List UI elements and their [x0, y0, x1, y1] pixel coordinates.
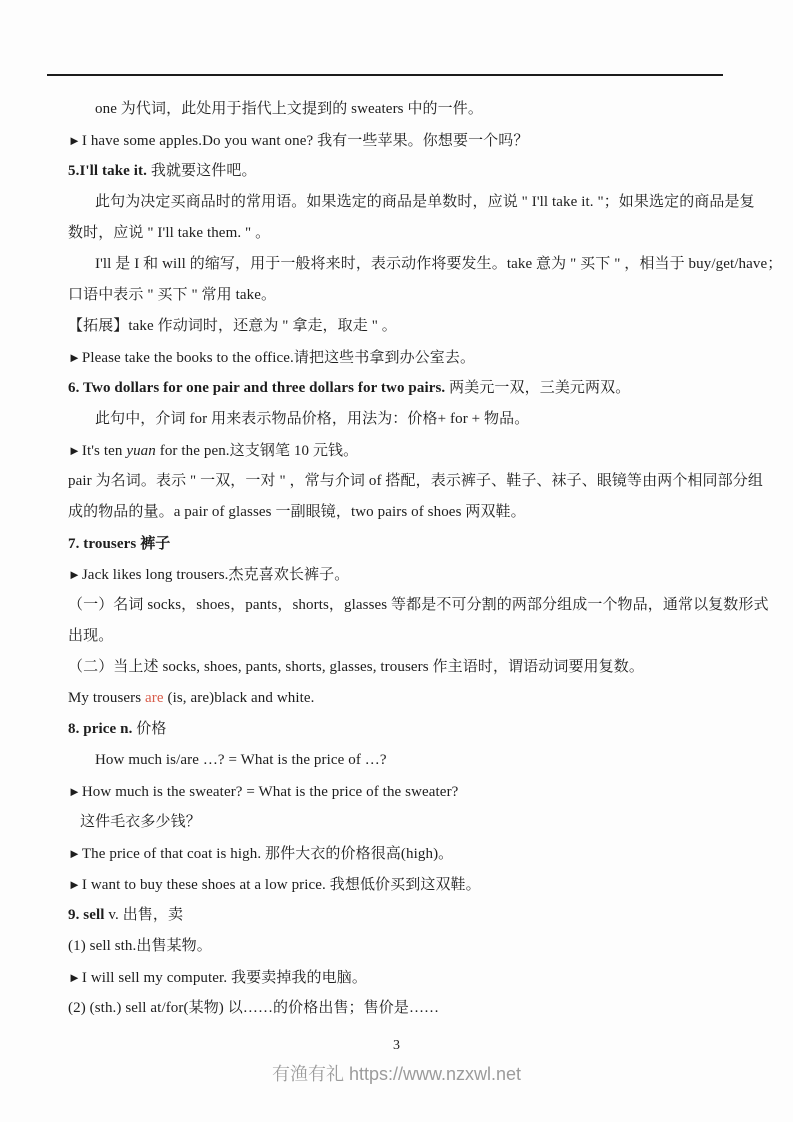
text-line: 出现。	[68, 621, 748, 652]
text-segment: （一）名词 socks，shoes，pants，shorts，glasses 等…	[68, 597, 769, 613]
text-line: one 为代词，此处用于指代上文提到的 sweaters 中的一件。	[68, 94, 748, 125]
arrow-bullet-icon: ►	[68, 567, 82, 582]
text-segment: How much is the sweater? = What is the p…	[82, 784, 459, 800]
heading-line: 7. trousers 裤子	[68, 528, 748, 559]
text-segment: 我就要这件吧。	[147, 163, 257, 179]
text-segment: (is, are)black and white.	[164, 690, 315, 706]
text-line: (2) (sth.) sell at/for(某物) 以……的价格出售；售价是……	[68, 993, 748, 1024]
arrow-bullet-icon: ►	[68, 443, 82, 458]
text-line: pair 为名词。表示 " 一双，一对 " ，常与介词 of 搭配，表示裤子、鞋…	[68, 466, 748, 497]
heading-line: 8. price n. 价格	[68, 714, 748, 745]
text-line: How much is/are …? = What is the price o…	[68, 745, 748, 776]
text-segment: 成的物品的量。a pair of glasses 一副眼镜，two pairs …	[68, 504, 526, 520]
text-line: ►How much is the sweater? = What is the …	[68, 776, 748, 807]
text-line: ►I want to buy these shoes at a low pric…	[68, 869, 748, 900]
text-segment: （二）当上述 socks, shoes, pants, shorts, glas…	[68, 659, 644, 675]
text-segment: 此句中，介词 for 用来表示物品价格，用法为：价格+ for + 物品。	[95, 411, 529, 427]
text-segment: 5.I'll take it.	[68, 163, 147, 179]
text-segment: yuan	[126, 443, 156, 459]
text-segment: 6. Two dollars for one pair and three do…	[68, 380, 445, 396]
text-line: 这件毛衣多少钱？	[68, 807, 748, 838]
text-segment: for the pen.这支钢笔 10 元钱。	[156, 443, 358, 459]
text-segment: are	[145, 690, 164, 706]
text-segment: (1) sell sth.出售某物。	[68, 938, 212, 954]
text-segment: I will sell my computer. 我要卖掉我的电脑。	[82, 970, 367, 986]
text-segment: one 为代词，此处用于指代上文提到的 sweaters 中的一件。	[95, 101, 483, 117]
text-segment: Jack likes long trousers.杰克喜欢长裤子。	[82, 567, 349, 583]
text-segment: 7. trousers	[68, 536, 136, 552]
arrow-bullet-icon: ►	[68, 970, 82, 985]
text-line: （二）当上述 socks, shoes, pants, shorts, glas…	[68, 652, 748, 683]
text-line: (1) sell sth.出售某物。	[68, 931, 748, 962]
document-body: one 为代词，此处用于指代上文提到的 sweaters 中的一件。►I hav…	[68, 94, 748, 1024]
document-page: one 为代词，此处用于指代上文提到的 sweaters 中的一件。►I hav…	[0, 0, 793, 1122]
text-segment: pair 为名词。表示 " 一双，一对 " ，常与介词 of 搭配，表示裤子、鞋…	[68, 473, 763, 489]
arrow-bullet-icon: ►	[68, 133, 82, 148]
text-line: 成的物品的量。a pair of glasses 一副眼镜，two pairs …	[68, 497, 748, 528]
text-segment: 价格	[132, 721, 166, 737]
arrow-bullet-icon: ►	[68, 784, 82, 799]
text-segment: It's ten	[82, 443, 126, 459]
text-line: ►I will sell my computer. 我要卖掉我的电脑。	[68, 962, 748, 993]
text-segment: My trousers	[68, 690, 145, 706]
heading-line: 9. sell v. 出售，卖	[68, 900, 748, 931]
text-line: ►Jack likes long trousers.杰克喜欢长裤子。	[68, 559, 748, 590]
text-line: 此句中，介词 for 用来表示物品价格，用法为：价格+ for + 物品。	[68, 404, 748, 435]
text-segment: 此句为决定买商品时的常用语。如果选定的商品是单数时，应说 " I'll take…	[95, 194, 755, 210]
text-line: （一）名词 socks，shoes，pants，shorts，glasses 等…	[68, 590, 748, 621]
arrow-bullet-icon: ►	[68, 846, 82, 861]
arrow-bullet-icon: ►	[68, 350, 82, 365]
text-line: 口语中表示 " 买下 " 常用 take。	[68, 280, 748, 311]
text-line: ►It's ten yuan for the pen.这支钢笔 10 元钱。	[68, 435, 748, 466]
text-segment: 【拓展】take 作动词时，还意为 " 拿走，取走 " 。	[68, 318, 397, 334]
text-segment: 8. price n.	[68, 721, 132, 737]
text-segment: 9. sell	[68, 907, 105, 923]
header-rule	[47, 74, 723, 76]
text-segment: Please take the books to the office.请把这些…	[82, 350, 475, 366]
text-segment: 口语中表示 " 买下 " 常用 take。	[68, 287, 276, 303]
text-line: ►The price of that coat is high. 那件大衣的价格…	[68, 838, 748, 869]
text-segment: How much is/are …? = What is the price o…	[95, 752, 387, 768]
text-line: ►I have some apples.Do you want one? 我有一…	[68, 125, 748, 156]
text-line: I'll 是 I 和 will 的缩写，用于一般将来时，表示动作将要发生。tak…	[68, 249, 748, 280]
text-line: My trousers are (is, are)black and white…	[68, 683, 748, 714]
text-segment: I'll 是 I 和 will 的缩写，用于一般将来时，表示动作将要发生。tak…	[95, 256, 782, 272]
text-segment: The price of that coat is high. 那件大衣的价格很…	[82, 846, 453, 862]
heading-line: 6. Two dollars for one pair and three do…	[68, 373, 748, 404]
text-line: 数时，应说 " I'll take them. " 。	[68, 218, 748, 249]
text-segment: I want to buy these shoes at a low price…	[82, 877, 481, 893]
text-segment: I have some apples.Do you want one? 我有一些…	[82, 133, 529, 149]
text-line: 【拓展】take 作动词时，还意为 " 拿走，取走 " 。	[68, 311, 748, 342]
text-segment: 数时，应说 " I'll take them. " 。	[68, 225, 270, 241]
text-segment: 两美元一双，三美元两双。	[445, 380, 630, 396]
text-line: ►Please take the books to the office.请把这…	[68, 342, 748, 373]
text-segment: 出现。	[68, 628, 113, 644]
text-segment: 裤子	[140, 535, 170, 552]
heading-line: 5.I'll take it. 我就要这件吧。	[68, 156, 748, 187]
arrow-bullet-icon: ►	[68, 877, 82, 892]
page-number: 3	[0, 1036, 793, 1056]
watermark: 有渔有礼 https://www.nzxwl.net	[0, 1062, 793, 1086]
text-segment: (2) (sth.) sell at/for(某物) 以……的价格出售；售价是……	[68, 1000, 439, 1016]
text-segment: v. 出售，卖	[105, 907, 184, 923]
text-segment: 这件毛衣多少钱？	[80, 814, 201, 830]
text-line: 此句为决定买商品时的常用语。如果选定的商品是单数时，应说 " I'll take…	[68, 187, 748, 218]
